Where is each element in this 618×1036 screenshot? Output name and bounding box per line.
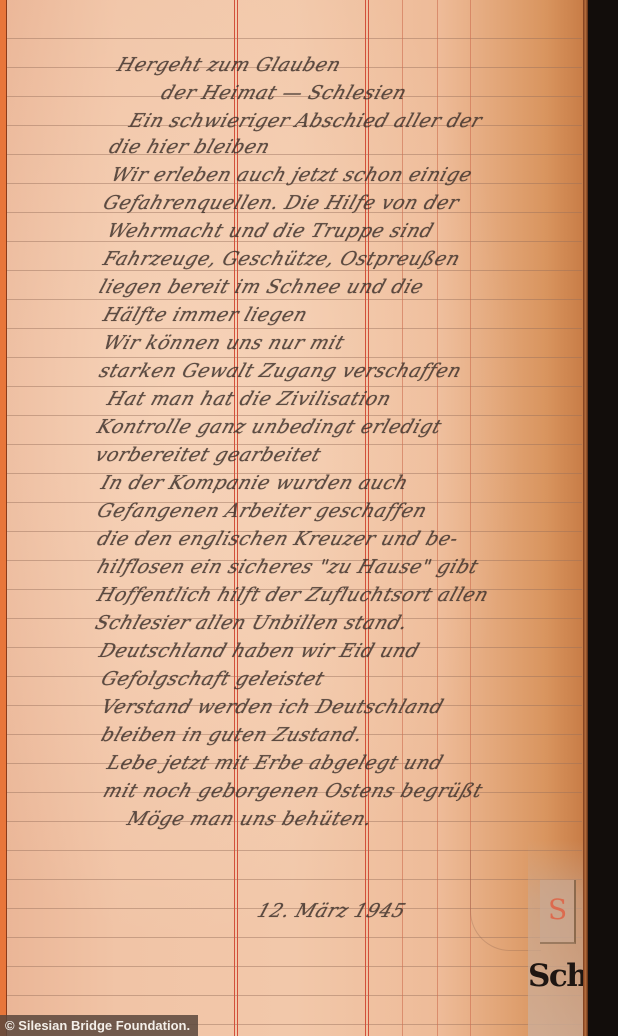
handwritten-line: Gefahrenquellen. Die Hilfe von der (100, 192, 462, 214)
letter-date: 12. März 1945 (254, 900, 408, 922)
handwritten-line: starken Gewalt Zugang verschaffen (96, 360, 464, 382)
photo-credit: © Silesian Bridge Foundation. (0, 1015, 198, 1036)
handwritten-line: Schlesier allen Unbillen stand. (92, 612, 410, 634)
handwritten-line: Hoffentlich hilft der Zufluchtsort allen (94, 584, 491, 606)
handwritten-line: Wir erleben auch jetzt schon einige (108, 164, 475, 186)
handwritten-line: Kontrolle ganz unbedingt erledigt (94, 416, 444, 438)
handwritten-line: Wehrmacht und die Truppe sind (104, 220, 436, 242)
handwritten-line: die hier bleiben (106, 136, 273, 158)
handwritten-line: Verstand werden ich Deutschland (98, 696, 446, 718)
handwritten-line: Hälfte immer liegen (100, 304, 310, 326)
handwritten-line: vorbereitet gearbeitet (92, 444, 324, 466)
handwritten-line: Lebe jetzt mit Erbe abgelegt und (104, 752, 446, 774)
handwritten-line: hilflosen ein sicheres "zu Hause" gibt (94, 556, 481, 578)
handwritten-line: Gefangenen Arbeiter geschaffen (94, 500, 430, 522)
handwritten-line: liegen bereit im Schnee und die (96, 276, 426, 298)
handwritten-line: Hat man hat die Zivilisation (104, 388, 394, 410)
handwritten-line: Wir können uns nur mit (100, 332, 347, 354)
index-tab-label: Sch (528, 958, 578, 994)
handwritten-line: die den englischen Kreuzer und be- (94, 528, 461, 550)
handwritten-text-block: Hergeht zum Glaubender Heimat — Schlesie… (0, 0, 586, 1036)
handwritten-line: der Heimat — Schlesien (158, 82, 409, 104)
ledger-page: Hergeht zum Glaubender Heimat — Schlesie… (0, 0, 586, 1036)
page-right-edge (583, 0, 588, 1036)
handwritten-line: Fahrzeuge, Geschütze, Ostpreußen (100, 248, 463, 270)
handwritten-line: mit noch geborgenen Ostens begrüßt (100, 780, 485, 802)
handwritten-line: Hergeht zum Glauben (114, 54, 344, 76)
handwritten-line: bleiben in guten Zustand. (98, 724, 365, 746)
handwritten-line: Gefolgschaft geleistet (98, 668, 327, 690)
handwritten-line: Deutschland haben wir Eid und (96, 640, 422, 662)
index-tab-upper-letter: S (548, 893, 567, 926)
handwritten-line: Ein schwieriger Abschied aller der (126, 110, 485, 132)
handwritten-line: In der Kompanie wurden auch (98, 472, 411, 494)
handwritten-line: Möge man uns behüten. (124, 808, 375, 830)
